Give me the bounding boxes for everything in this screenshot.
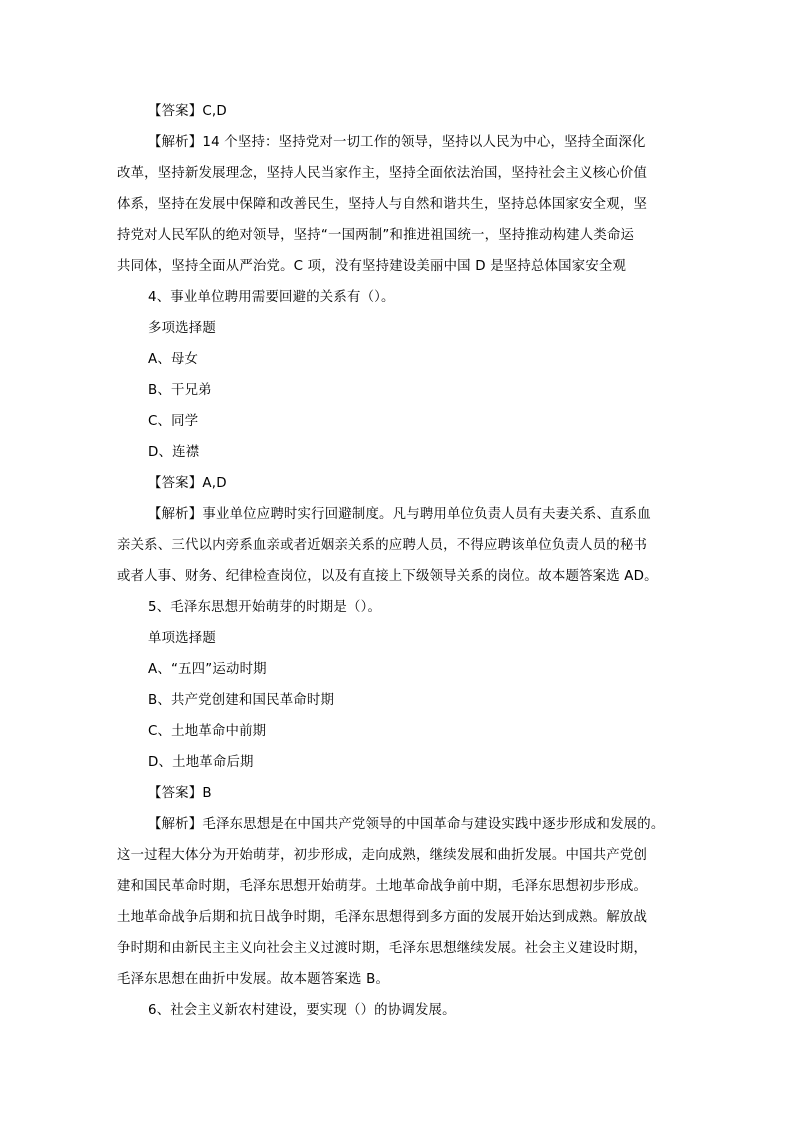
q5-option-c: C、土地革命中前期 <box>148 722 266 742</box>
q6-question: 6、社会主义新农村建设，要实现（）的协调发展。 <box>148 1001 456 1021</box>
q3-analysis-line-4: 持党对人民军队的绝对领导，坚持“一国两制”和推进祖国统一，坚持推动构建人类命运 <box>117 226 634 246</box>
q5-option-a: A、“五四”运动时期 <box>148 660 267 680</box>
analysis-text: 14 个坚持：坚持党对一切工作的领导，坚持以人民为中心，坚持全面深化 <box>202 135 645 150</box>
q4-answer: 【答案】A,D <box>148 474 227 494</box>
q4-question: 4、事业单位聘用需要回避的关系有（）。 <box>148 288 395 308</box>
analysis-label: 【解析】 <box>148 135 202 150</box>
q5-analysis-line-6: 毛泽东思想在曲折中发展。故本题答案选 B。 <box>117 970 389 990</box>
q4-option-d: D、连襟 <box>148 443 199 463</box>
q4-analysis-line-1: 【解析】事业单位应聘时实行回避制度。凡与聘用单位负责人员有夫妻关系、直系血 <box>148 505 651 525</box>
q5-answer: 【答案】B <box>148 784 212 804</box>
q5-analysis-line-2: 这一过程大体分为开始萌芽，初步形成，走向成熟，继续发展和曲折发展。中国共产党创 <box>117 846 647 866</box>
analysis-text: 毛泽东思想是在中国共产党领导的中国革命与建设实践中逐步形成和发展的。 <box>202 817 664 832</box>
q5-analysis-line-5: 争时期和由新民主主义向社会主义过渡时期，毛泽东思想继续发展。社会主义建设时期， <box>117 939 647 959</box>
q5-question: 5、毛泽东思想开始萌芽的时期是（）。 <box>148 598 381 618</box>
q4-type: 多项选择题 <box>148 319 216 339</box>
q4-option-c: C、同学 <box>148 412 198 432</box>
q4-analysis-line-3: 或者人事、财务、纪律检查岗位，以及有直接上下级领导关系的岗位。故本题答案选 AD… <box>117 567 658 587</box>
answer-label: 【答案】 <box>148 476 202 491</box>
document-page: 【答案】C,D 【解析】14 个坚持：坚持党对一切工作的领导，坚持以人民为中心，… <box>0 0 794 1123</box>
analysis-label: 【解析】 <box>148 507 202 522</box>
q4-option-b: B、干兄弟 <box>148 381 212 401</box>
answer-label: 【答案】 <box>148 104 202 119</box>
q3-analysis-line-3: 体系，坚持在发展中保障和改善民生，坚持人与自然和谐共生，坚持总体国家安全观，坚 <box>117 195 647 215</box>
q4-option-a: A、母女 <box>148 350 198 370</box>
q3-analysis-line-2: 改革，坚持新发展理念，坚持人民当家作主，坚持全面依法治国，坚持社会主义核心价值 <box>117 164 647 184</box>
analysis-label: 【解析】 <box>148 817 202 832</box>
q3-analysis-line-5: 共同体，坚持全面从严治党。C 项，没有坚持建设美丽中国 D 是坚持总体国家安全观 <box>117 257 626 277</box>
q4-analysis-line-2: 亲关系、三代以内旁系血亲或者近姻亲关系的应聘人员，不得应聘该单位负责人员的秘书 <box>117 536 647 556</box>
q5-option-b: B、共产党创建和国民革命时期 <box>148 691 334 711</box>
q5-analysis-line-3: 建和国民革命时期，毛泽东思想开始萌芽。土地革命战争前中期，毛泽东思想初步形成。 <box>117 877 647 897</box>
answer-label: 【答案】 <box>148 786 202 801</box>
q5-option-d: D、土地革命后期 <box>148 753 254 773</box>
answer-value: C,D <box>202 104 227 119</box>
q3-answer: 【答案】C,D <box>148 102 227 122</box>
answer-value: B <box>202 786 211 801</box>
analysis-text: 事业单位应聘时实行回避制度。凡与聘用单位负责人员有夫妻关系、直系血 <box>202 507 651 522</box>
q5-type: 单项选择题 <box>148 629 216 649</box>
answer-value: A,D <box>202 476 226 491</box>
q5-analysis-line-1: 【解析】毛泽东思想是在中国共产党领导的中国革命与建设实践中逐步形成和发展的。 <box>148 815 664 835</box>
q3-analysis-line-1: 【解析】14 个坚持：坚持党对一切工作的领导，坚持以人民为中心，坚持全面深化 <box>148 133 646 153</box>
q5-analysis-line-4: 土地革命战争后期和抗日战争时期，毛泽东思想得到多方面的发展开始达到成熟。解放战 <box>117 908 647 928</box>
